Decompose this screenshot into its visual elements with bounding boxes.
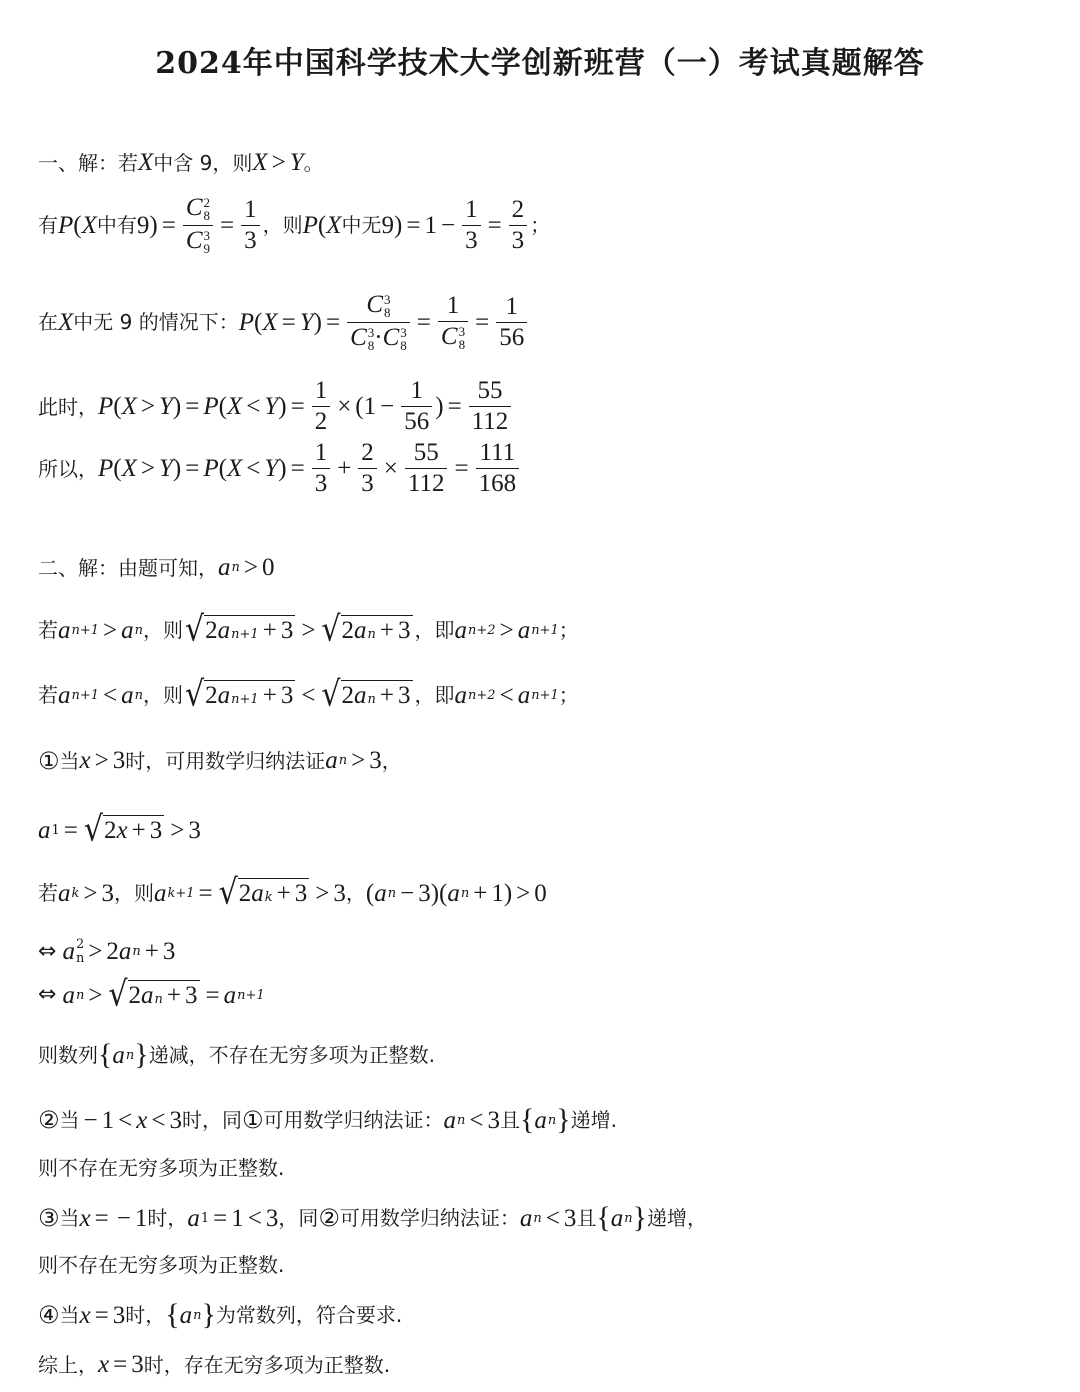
math-text: 3 [163,939,176,964]
superscript: 2 [204,196,211,210]
math-variable: X [227,456,242,481]
subscript: n+1 [237,989,265,1002]
math-text: 0 [534,881,547,906]
math-variable: a [187,1206,200,1231]
math-variable: a [121,618,134,643]
math-text: 9) [382,213,403,238]
solution-line: ③当 x=−1 时，a1=1<3，同②可用数学归纳法证：an<3 且 {an}递… [38,1203,707,1233]
radicand: 2an+3 [341,680,413,710]
superscript: 3 [459,325,466,339]
math-variable: a [62,939,75,964]
text-run: ，则 [143,685,183,705]
math-text: 2 [205,683,218,708]
math-operator: > [272,150,286,175]
math-operator: = [199,881,213,906]
denominator: C38·C38 [347,322,410,353]
math-variable: a [38,818,51,843]
numerator: 1 [444,293,463,321]
subscript: k [265,891,273,904]
fraction: C38C38·C38 [347,292,410,353]
numerator: 55 [411,440,442,468]
math-variable: a [141,983,154,1008]
math-operator: = [95,1206,109,1231]
sup-sub-script: 38 [384,293,391,320]
radicand: 2an+3 [128,980,200,1010]
text-run: 时， [147,1208,187,1228]
math-text: ) [314,310,322,335]
solution-line: 所以，P(X>Y)=P(X<Y)=13+23×55112=111168 [38,440,522,498]
math-text: 3 [295,881,308,906]
radicand: 2ak+3 [238,878,310,908]
text-run: 递减，不存在无穷多项为正整数. [149,1045,435,1065]
math-text: 1 [505,293,518,320]
math-variable: X [122,394,137,419]
text-run: 若 [38,620,58,640]
math-variable: P [203,456,218,481]
math-text: ) [278,394,286,419]
math-text: 2 [129,983,142,1008]
text-run: 若 [38,685,58,705]
subscript: n [132,945,140,958]
math-text: 1 [315,439,328,466]
math-variable: a [354,683,367,708]
subscript: 1 [201,1212,209,1225]
math-operator: > [103,618,117,643]
math-variable: a [611,1206,624,1231]
text-run: ， [382,751,402,771]
math-operator: > [500,618,514,643]
math-variable: X [122,456,137,481]
radicand: 2an+1+3 [204,615,295,645]
square-root: √2an+1+3 [185,680,295,710]
brace: } [556,1105,570,1135]
math-operator: > [244,555,258,580]
radical-icon: √ [185,678,204,713]
math-text: 9) [137,213,158,238]
brace: } [134,1040,148,1070]
denominator: 3 [509,225,528,254]
text-run: 此时， [38,397,98,417]
subscript: n [368,628,376,641]
math-text: 3 [398,683,411,708]
text-run: 且 [576,1208,596,1228]
math-operator: < [248,1206,262,1231]
math-operator: < [301,683,315,708]
denominator: 3 [462,225,481,254]
brace: { [98,1040,112,1070]
text-run: 在 [38,312,58,332]
math-text: ( [73,213,81,238]
math-text: · [374,324,382,351]
math-text: 3 [281,618,294,643]
math-variable: a [325,748,338,773]
math-operator: = [206,983,220,1008]
denominator: 3 [358,468,377,497]
math-variable: a [455,683,468,708]
solution-line: a1=√2x+3>3 [38,815,201,845]
math-operator: < [469,1108,483,1133]
radical-icon: √ [108,978,127,1013]
math-text: 3 [315,470,328,497]
math-variable: X [82,213,97,238]
math-variable: C [186,227,203,254]
square-root: √2an+3 [321,615,412,645]
math-text: 1 [315,377,328,404]
math-operator: = [488,213,502,238]
math-text: ) [435,394,443,419]
math-operator: − [117,1206,131,1231]
subscript: n [135,689,143,702]
numerator: 2 [358,440,377,468]
superscript: 3 [204,229,211,243]
math-operator: = [64,818,78,843]
solution-line: ②当 −1<x<3 时，同①可用数学归纳法证：an<3 且 {an}递增. [38,1105,617,1135]
math-operator: > [351,748,365,773]
math-text: 3 [465,227,478,254]
fraction: 55112 [405,440,448,498]
numerator: C28 [183,195,213,225]
fraction: 13 [312,440,331,498]
text-run: ，同 [278,1208,318,1228]
math-text: ) [173,394,181,419]
math-text: 2 [106,939,119,964]
math-variable: a [121,683,134,708]
text-run: 中无 9 的情况下： [73,312,238,332]
math-variable: Y [300,310,314,335]
subscript: n [76,952,84,966]
text-run: 则不存在无穷多项为正整数. [38,1158,284,1178]
math-text: 55 [414,439,439,466]
text-run: 时，存在无穷多项为正整数. [144,1355,390,1375]
text-run: 当 [60,751,80,771]
math-variable: X [252,150,267,175]
math-operator: = [406,213,420,238]
math-variable: Y [264,394,278,419]
solution-line: 综上，x=3 时，存在无穷多项为正整数. [38,1352,390,1377]
text-run: 可用数学归纳法证： [340,1208,520,1228]
math-operator: = [291,394,305,419]
fraction: 13 [462,197,481,255]
subscript: k+1 [168,887,195,900]
math-text: 1 [447,292,460,319]
math-text: 2 [342,618,355,643]
math-operator: > [95,748,109,773]
math-operator: + [380,618,394,643]
fraction: 156 [401,378,432,436]
subscript: n [461,887,469,900]
math-operator: + [263,683,277,708]
math-text: 1 [410,377,423,404]
text-run: ，即 [415,620,455,640]
radicand: 2an+1+3 [204,680,295,710]
subscript: n [232,561,240,574]
math-operator: > [141,394,155,419]
subscript: 8 [400,339,407,353]
radicand: 2an+3 [341,615,413,645]
text-run: 有 [38,215,58,235]
numerator: 1 [312,440,331,468]
math-variable: a [447,881,460,906]
solution-line: 若 an+1<an，则 √2an+1+3<√2an+3，即 an+2<an+1； [38,680,579,710]
text-run: 则不存在无穷多项为正整数. [38,1255,284,1275]
math-text: ( [113,456,121,481]
case-number-icon: ① [242,1108,264,1132]
radicand: 2x+3 [103,815,164,845]
math-operator: − [400,881,414,906]
math-variable: x [80,1303,91,1328]
math-text: 3 [369,748,382,773]
square-root: √2an+3 [108,980,199,1010]
numerator: C38 [363,292,393,322]
math-operator: > [88,983,102,1008]
math-text: ) [173,456,181,481]
math-variable: a [443,1108,456,1133]
math-operator: < [500,683,514,708]
subscript: n+1 [72,624,100,637]
text-run: 中有 [97,215,137,235]
subscript: n+1 [72,689,100,702]
text-run: 为常数列，符合要求. [216,1305,402,1325]
math-operator: > [141,456,155,481]
sup-sub-script: 2n [76,938,84,965]
math-operator: = [113,1352,127,1377]
numerator: 1 [462,197,481,225]
denominator: C39 [183,225,213,256]
math-operator: < [118,1108,132,1133]
solution-line: ④当 x=3 时，{an} 为常数列，符合要求. [38,1300,402,1330]
case-number-icon: ② [318,1206,340,1230]
math-operator: − [84,1108,98,1133]
subscript: 8 [459,338,466,352]
math-operator: > [301,618,315,643]
math-variable: a [58,683,71,708]
subscript: n [339,754,347,767]
subscript: 9 [204,242,211,256]
math-variable: x [98,1352,109,1377]
math-operator: = [417,310,431,335]
radical-icon: √ [84,813,103,848]
math-operator: = [454,456,468,481]
math-text: 3)( [418,881,447,906]
text-run: ； [559,620,579,640]
text-run: 一、解：若 [38,153,138,173]
math-variable: a [534,1108,547,1133]
superscript: 3 [400,326,407,340]
math-operator: < [246,394,260,419]
math-variable: a [518,683,531,708]
denominator: C38 [438,321,468,352]
math-variable: a [251,881,264,906]
math-variable: X [138,150,153,175]
math-variable: C [366,291,383,318]
math-operator: > [88,939,102,964]
text-run: 当 [60,1110,80,1130]
text-run: ； [559,685,579,705]
subscript: 8 [384,306,391,320]
denominator: 3 [241,225,260,254]
math-text: 56 [404,408,429,435]
math-variable: x [80,748,91,773]
math-text: 0 [262,555,275,580]
math-variable: a [218,555,231,580]
fraction: 23 [509,197,528,255]
solution-line: ①当 x>3 时，可用数学归纳法证 an>3， [38,748,402,773]
math-variable: C [383,324,400,351]
math-text: 3 [512,227,525,254]
math-variable: x [136,1108,147,1133]
solution-line: 一、解：若 X 中含 9，则 X>Y 。 [38,150,324,175]
page-title: 2024年中国科学技术大学创新班营（一）考试真题解答 [0,38,1080,82]
sup-sub-script: 39 [204,229,211,256]
brace: { [596,1203,610,1233]
math-variable: C [441,323,458,350]
text-run: ； [530,215,550,235]
subscript: n+1 [231,693,259,706]
math-operator: + [380,683,394,708]
subscript: n [533,1212,541,1225]
radical-icon: √ [185,613,204,648]
text-run: 当 [60,1305,80,1325]
subscript: n [624,1212,632,1225]
math-operator: + [132,818,146,843]
solution-line: 二、解：由题可知，an>0 [38,555,274,580]
math-variable: Y [264,456,278,481]
math-operator: = [282,310,296,335]
text-run: ，则 [143,620,183,640]
square-root: √2an+1+3 [185,615,295,645]
math-text: 3 [131,1352,144,1377]
math-text: 3 [185,983,198,1008]
math-variable: a [62,983,75,1008]
math-operator: = [220,213,234,238]
math-variable: P [98,456,113,481]
math-operator: < [151,1108,165,1133]
denominator: 2 [312,406,331,435]
text-run: ，则 [114,883,154,903]
sup-sub-script: 38 [400,326,407,353]
math-text: 2 [315,408,328,435]
math-text: 3 [188,818,201,843]
radical-icon: √ [321,678,340,713]
subscript: n [388,887,396,900]
fraction: C28C39 [183,195,213,256]
math-variable: a [180,1303,193,1328]
text-run: 且 [500,1110,520,1130]
text-run: 若 [38,883,58,903]
math-variable: P [98,394,113,419]
math-text: ( [113,394,121,419]
brace: { [165,1300,179,1330]
math-text: 2 [104,818,117,843]
math-operator: − [441,213,455,238]
math-text: 3 [564,1206,577,1231]
math-variable: X [227,394,242,419]
radical-icon: √ [321,613,340,648]
math-variable: P [303,213,318,238]
denominator: 168 [476,468,520,497]
text-run: 则数列 [38,1045,98,1065]
math-operator: = [475,310,489,335]
numerator: 1 [407,378,426,406]
math-variable: x [80,1206,91,1231]
math-variable: X [262,310,277,335]
brace: } [202,1300,216,1330]
denominator: 112 [405,468,448,497]
math-text: 55 [477,377,502,404]
math-operator: − [380,394,394,419]
subscript: n [368,693,376,706]
math-operator: + [167,983,181,1008]
square-root: √2x+3 [84,815,164,845]
math-text: ) [278,456,286,481]
math-variable: X [326,213,341,238]
solution-line: ⇔an>√2an+3=an+1 [38,980,265,1010]
subscript: n+2 [468,624,496,637]
math-text: 3 [244,227,257,254]
math-text: 3 [169,1108,182,1133]
text-run: 当 [60,1208,80,1228]
math-operator: × [337,394,351,419]
subscript: n+1 [231,628,259,641]
denominator: 112 [469,406,512,435]
math-operator: + [145,939,159,964]
math-variable: a [520,1206,533,1231]
sup-sub-script: 38 [459,325,466,352]
math-operator: = [448,394,462,419]
text-run: 二、解：由题可知， [38,558,218,578]
subscript: n+1 [531,624,559,637]
math-variable: a [455,618,468,643]
text-run: ，则 [263,215,303,235]
numerator: 1 [241,197,260,225]
math-text: 1 [465,196,478,223]
math-variable: X [58,310,73,335]
text-run: 中无 [342,215,382,235]
solution-line: 在 X 中无 9 的情况下：P(X=Y)=C38C38·C38=1C38=156 [38,292,530,353]
math-operator: = [326,310,340,335]
fraction: 13 [241,197,260,255]
math-text: 3 [113,1303,126,1328]
numerator: 1 [312,378,331,406]
square-root: √2ak+3 [219,878,310,908]
denominator: 56 [401,406,432,435]
radical-icon: √ [219,876,238,911]
math-variable: a [58,881,71,906]
math-text: 1) [491,881,512,906]
math-text: 3 [398,618,411,643]
text-run: ， [346,883,366,903]
text-run: 。 [304,153,324,173]
math-variable: Y [159,394,173,419]
math-text: 2 [512,196,525,223]
math-text: ( [219,394,227,419]
numerator: 111 [477,440,519,468]
math-text: ( [219,456,227,481]
math-operator: + [277,881,291,906]
subscript: k [72,887,80,900]
math-text: 3 [281,683,294,708]
math-operator: = [291,456,305,481]
math-operator: < [246,456,260,481]
math-variable: a [112,1043,125,1068]
equivalence-arrow-icon: ⇔ [38,941,56,963]
math-variable: P [239,310,254,335]
superscript: 3 [384,293,391,307]
math-text: 2 [342,683,355,708]
text-run: 递增. [571,1110,617,1130]
case-number-icon: ① [38,749,60,773]
subscript: n+1 [531,689,559,702]
